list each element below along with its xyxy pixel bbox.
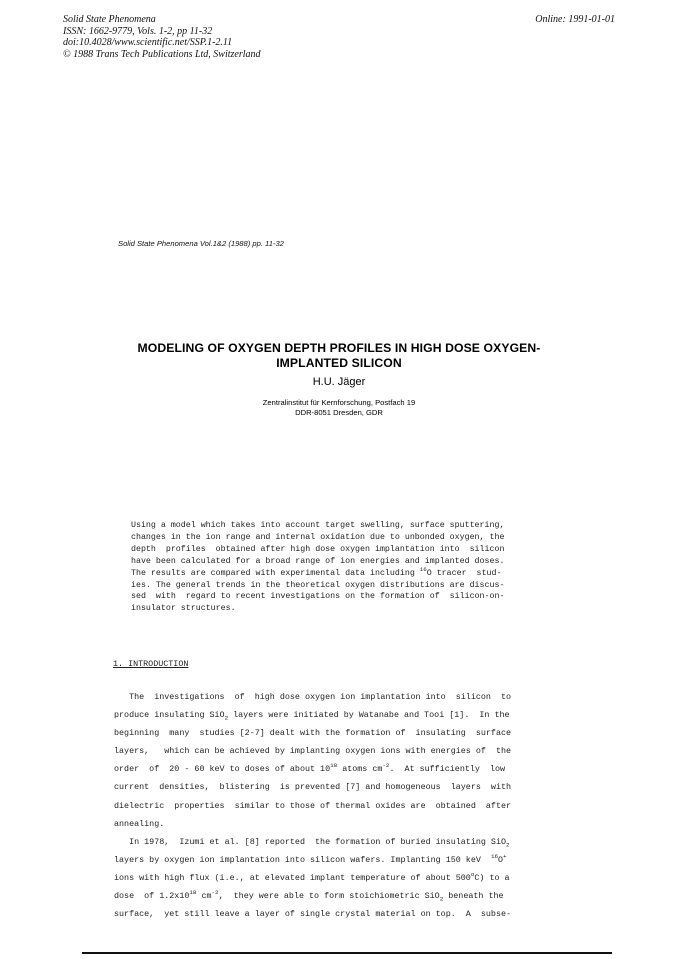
body-line: surface, yet still leave a layer of sing… [114,905,566,923]
body-line: The investigations of high dose oxygen i… [114,688,566,706]
body-line: order of 20 - 60 keV to doses of about 1… [114,760,566,778]
paper-title: MODELING OF OXYGEN DEPTH PROFILES IN HIG… [90,341,588,370]
title-line-1: MODELING OF OXYGEN DEPTH PROFILES IN HIG… [90,341,588,356]
body-line: layers, which can be achieved by implant… [114,742,566,760]
journal-reference: Solid State Phenomena Vol.1&2 (1988) pp.… [118,239,284,248]
body-line: current densities, blistering is prevent… [114,778,566,796]
abstract-line: depth profiles obtained after high dose … [131,544,571,556]
introduction-body: The investigations of high dose oxygen i… [114,688,566,923]
online-date: Online: 1991-01-01 [535,14,615,26]
abstract-line: The results are compared with experiment… [131,568,571,580]
affiliation-line-1: Zentralinstitut für Kernforschung, Postf… [90,398,588,408]
doi-line: doi:10.4028/www.scientific.net/SSP.1-2.1… [63,37,261,49]
abstract-line: insulator structures. [131,603,571,615]
body-line: beginning many studies [2-7] dealt with … [114,724,566,742]
body-line: dielectric properties similar to those o… [114,797,566,815]
body-line: produce insulating SiO2 layers were init… [114,706,566,724]
abstract: Using a model which takes into account t… [131,520,571,615]
abstract-line: sed with regard to recent investigations… [131,591,571,603]
body-line: annealing. [114,815,566,833]
title-line-2: IMPLANTED SILICON [90,356,588,371]
footer-rule [82,952,612,954]
abstract-line: ies. The general trends in the theoretic… [131,580,571,592]
abstract-line: Using a model which takes into account t… [131,520,571,532]
affiliation: Zentralinstitut für Kernforschung, Postf… [90,398,588,418]
journal-name: Solid State Phenomena [63,14,261,26]
body-line: dose of 1.2x1018 cm-2, they were able to… [114,887,566,905]
citation-header: Solid State Phenomena ISSN: 1662-9779, V… [63,14,261,60]
author-name: H.U. Jäger [90,376,588,388]
affiliation-line-2: DDR-8051 Dresden, GDR [90,408,588,418]
section-heading-introduction: 1. INTRODUCTION [113,659,188,669]
abstract-line: have been calculated for a broad range o… [131,556,571,568]
abstract-line: changes in the ion range and internal ox… [131,532,571,544]
issn-line: ISSN: 1662-9779, Vols. 1-2, pp 11-32 [63,26,261,38]
body-line: layers by oxygen ion implantation into s… [114,851,566,869]
body-line: In 1978, Izumi et al. [8] reported the f… [114,833,566,851]
copyright-line: © 1988 Trans Tech Publications Ltd, Swit… [63,49,261,61]
body-line: ions with high flux (i.e., at elevated i… [114,869,566,887]
